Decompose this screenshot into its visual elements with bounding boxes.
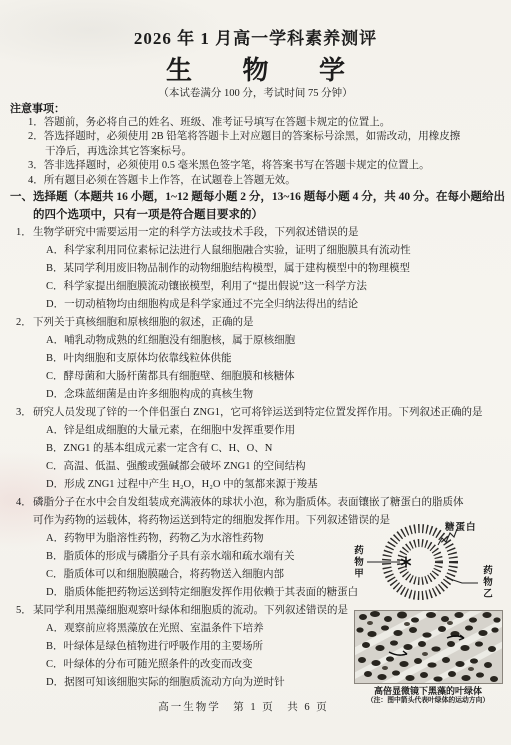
notice-item-4: 4．所有题目必须在答题卡上作答，在试题卷上答题无效。 xyxy=(28,174,511,188)
question-number: 3． xyxy=(16,404,32,422)
notice-item-2-cont: 干净后，再选涂其它答案标号。 xyxy=(45,145,511,159)
option-c: C．酵母菌和大肠杆菌都具有细胞壁、细胞膜和核糖体 xyxy=(46,368,511,386)
question-3: 3． 研究人员发现了锌的一个伴侣蛋白 ZNG1，它可将锌运送到特定位置发挥作用。… xyxy=(0,404,511,494)
section-heading: 一、选择题（本题共 16 小题，1~12 题每小题 2 分，13~16 题每小题… xyxy=(0,189,511,224)
option-a: A．锌是组成细胞的大量元素，在细胞中发挥重要作用 xyxy=(46,422,511,440)
notice-heading: 注意事项： xyxy=(10,103,511,116)
micrograph-caption: 高倍显微镜下黑藻的叶绿体 xyxy=(350,686,506,696)
drug-b-label: 药物乙 xyxy=(480,565,492,600)
drug-a-star xyxy=(401,557,411,568)
option-b: B．某同学利用废旧物品制作的动物细胞结构模型，属于建构模型中的物理模型 xyxy=(46,260,511,278)
question-2: 2． 下列关于真核细胞和原核细胞的叙述，正确的是 A．哺乳动物成熟的红细胞没有细… xyxy=(0,314,511,404)
section-heading-line2: 的四个选项中，只有一项是符合题目要求的） xyxy=(33,207,511,225)
drug-a-label: 药物甲 xyxy=(351,545,363,580)
glycoprotein-label: 糖蛋白 xyxy=(445,519,477,533)
exam-info: （本试卷满分 100 分，考试时间 75 分钟） xyxy=(0,88,511,100)
notice-item-3: 3．答非选择题时，必须使用 0.5 毫米黑色签字笔，将答案书写在答题卡规定的位置… xyxy=(28,159,511,173)
option-a: A．科学家利用同位素标记法进行人鼠细胞融合实验，证明了细胞膜具有流动性 xyxy=(46,242,511,260)
option-c: C．高温、低温、强酸或强碱都会破坏 ZNG1 的空间结构 xyxy=(46,458,511,476)
question-number: 1． xyxy=(16,224,32,242)
section-heading-line1: 一、选择题（本题共 16 小题，1~12 题每小题 2 分，13~16 题每小题… xyxy=(10,189,511,207)
question-stem: 生物学研究中需要运用一定的科学方法或技术手段，下列叙述错误的是 xyxy=(33,224,511,242)
option-d: D．形成 ZNG1 过程中产生 H₂O，H₂O 中的氢都来源于羧基 xyxy=(46,476,511,494)
question-number: 2． xyxy=(16,314,32,332)
question-stem-line1: 磷脂分子在水中会自发组装成充满液体的球状小泡，称为脂质体。表面镶嵌了糖蛋白的脂质… xyxy=(33,494,511,512)
question-stem: 研究人员发现了锌的一个伴侣蛋白 ZNG1，它可将锌运送到特定位置发挥作用。下列叙… xyxy=(33,404,511,422)
option-d: D．一切动植物均由细胞构成是科学家通过不完全归纳法得出的结论 xyxy=(46,296,511,314)
notice-item-1: 1．答题前，务必将自己的姓名、班级、准考证号填写在答题卡规定的位置上。 xyxy=(28,116,511,130)
option-b: B．ZNG1 的基本组成元素一定含有 C、H、O、N xyxy=(46,440,511,458)
exam-page: 2026 年 1 月高一学科素养测评 生 物 学 （本试卷满分 100 分，考试… xyxy=(0,0,511,745)
exam-title: 2026 年 1 月高一学科素养测评 xyxy=(0,0,511,50)
question-1: 1． 生物学研究中需要运用一定的科学方法或技术手段，下列叙述错误的是 A．科学家… xyxy=(0,224,511,314)
option-a: A．哺乳动物成熟的红细胞没有细胞核，属于原核细胞 xyxy=(46,332,511,350)
question-stem: 下列关于真核细胞和原核细胞的叙述，正确的是 xyxy=(33,314,511,332)
option-c: C．科学家提出细胞膜流动镶嵌模型，利用了“提出假说”这一科学方法 xyxy=(46,278,511,296)
micrograph-caption-note: （注：图中箭头代表叶绿体的运动方向） xyxy=(350,696,506,705)
option-d: D．念珠蓝细菌是由许多细胞构成的真核生物 xyxy=(46,386,511,404)
subject-title: 生 物 学 xyxy=(0,55,511,87)
question-number: 4． xyxy=(16,494,32,512)
question-number: 5． xyxy=(16,602,32,620)
notice-item-2: 2．答选择题时，必须使用 2B 铅笔将答题卡上对应题目的答案标号涂黑，如需改动，… xyxy=(28,130,511,144)
liposome-figure: 糖蛋白 药物甲 药物乙 xyxy=(350,514,506,614)
option-b: B．叶肉细胞和支原体均依靠线粒体供能 xyxy=(46,350,511,368)
chloroplast-micrograph xyxy=(354,610,503,684)
micrograph-figure: 高倍显微镜下黑藻的叶绿体 （注：图中箭头代表叶绿体的运动方向） xyxy=(350,610,506,705)
